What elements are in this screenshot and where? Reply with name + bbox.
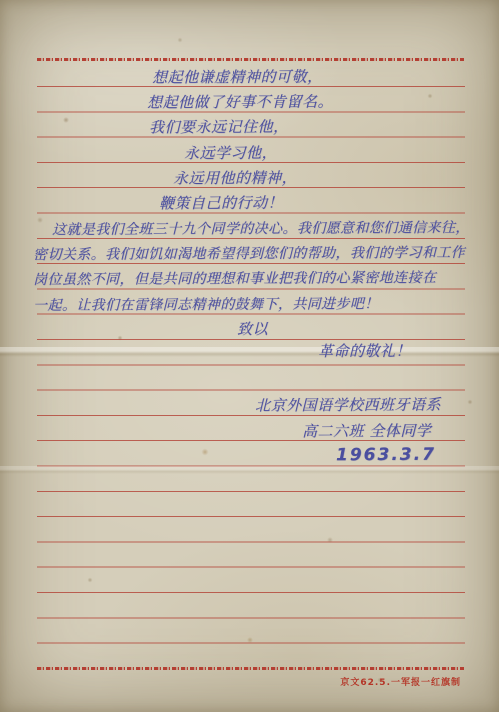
signature-school: 北京外国语学校西班牙语系 <box>255 397 441 415</box>
signature-class: 高二六班 全体同学 <box>302 423 431 441</box>
signature-date: 1963.3.7 <box>336 447 436 465</box>
printer-colophon: 京文62.5.一军报一红旗制 <box>340 675 461 688</box>
verse-line-2: 想起他做了好事不肯留名。 <box>147 94 333 112</box>
body-line-2: 密切关系。我们如饥如渴地希望得到您们的帮助，我们的学习和工作 <box>33 245 465 264</box>
closing-salute: 革命的敬礼！ <box>318 343 411 360</box>
verse-line-4: 永远学习他， <box>184 145 277 162</box>
body-line-4: 一起。让我们在雷锋同志精神的鼓舞下，共同进步吧！ <box>33 296 379 315</box>
verse-line-6: 鞭策自己的行动！ <box>159 195 283 213</box>
letter-page: 想起他谦虚精神的可敬， 想起他做了好事不肯留名。 我们要永远记住他， 永远学习他… <box>0 0 499 712</box>
dotted-rule-top <box>37 58 464 61</box>
body-line-3: 岗位虽然不同，但是共同的理想和事业把我们的心紧密地连接在 <box>33 270 436 289</box>
body-line-1: 这就是我们全班三十九个同学的决心。我们愿意和您们通信来往， <box>52 220 470 239</box>
verse-line-5: 永远用他的精神， <box>173 170 297 188</box>
verse-line-1: 想起他谦虚精神的可敬， <box>152 69 323 87</box>
dotted-rule-bottom <box>37 667 464 670</box>
closing-zhiyi: 致以 <box>237 321 268 338</box>
verse-line-3: 我们要永远记住他， <box>149 119 289 137</box>
